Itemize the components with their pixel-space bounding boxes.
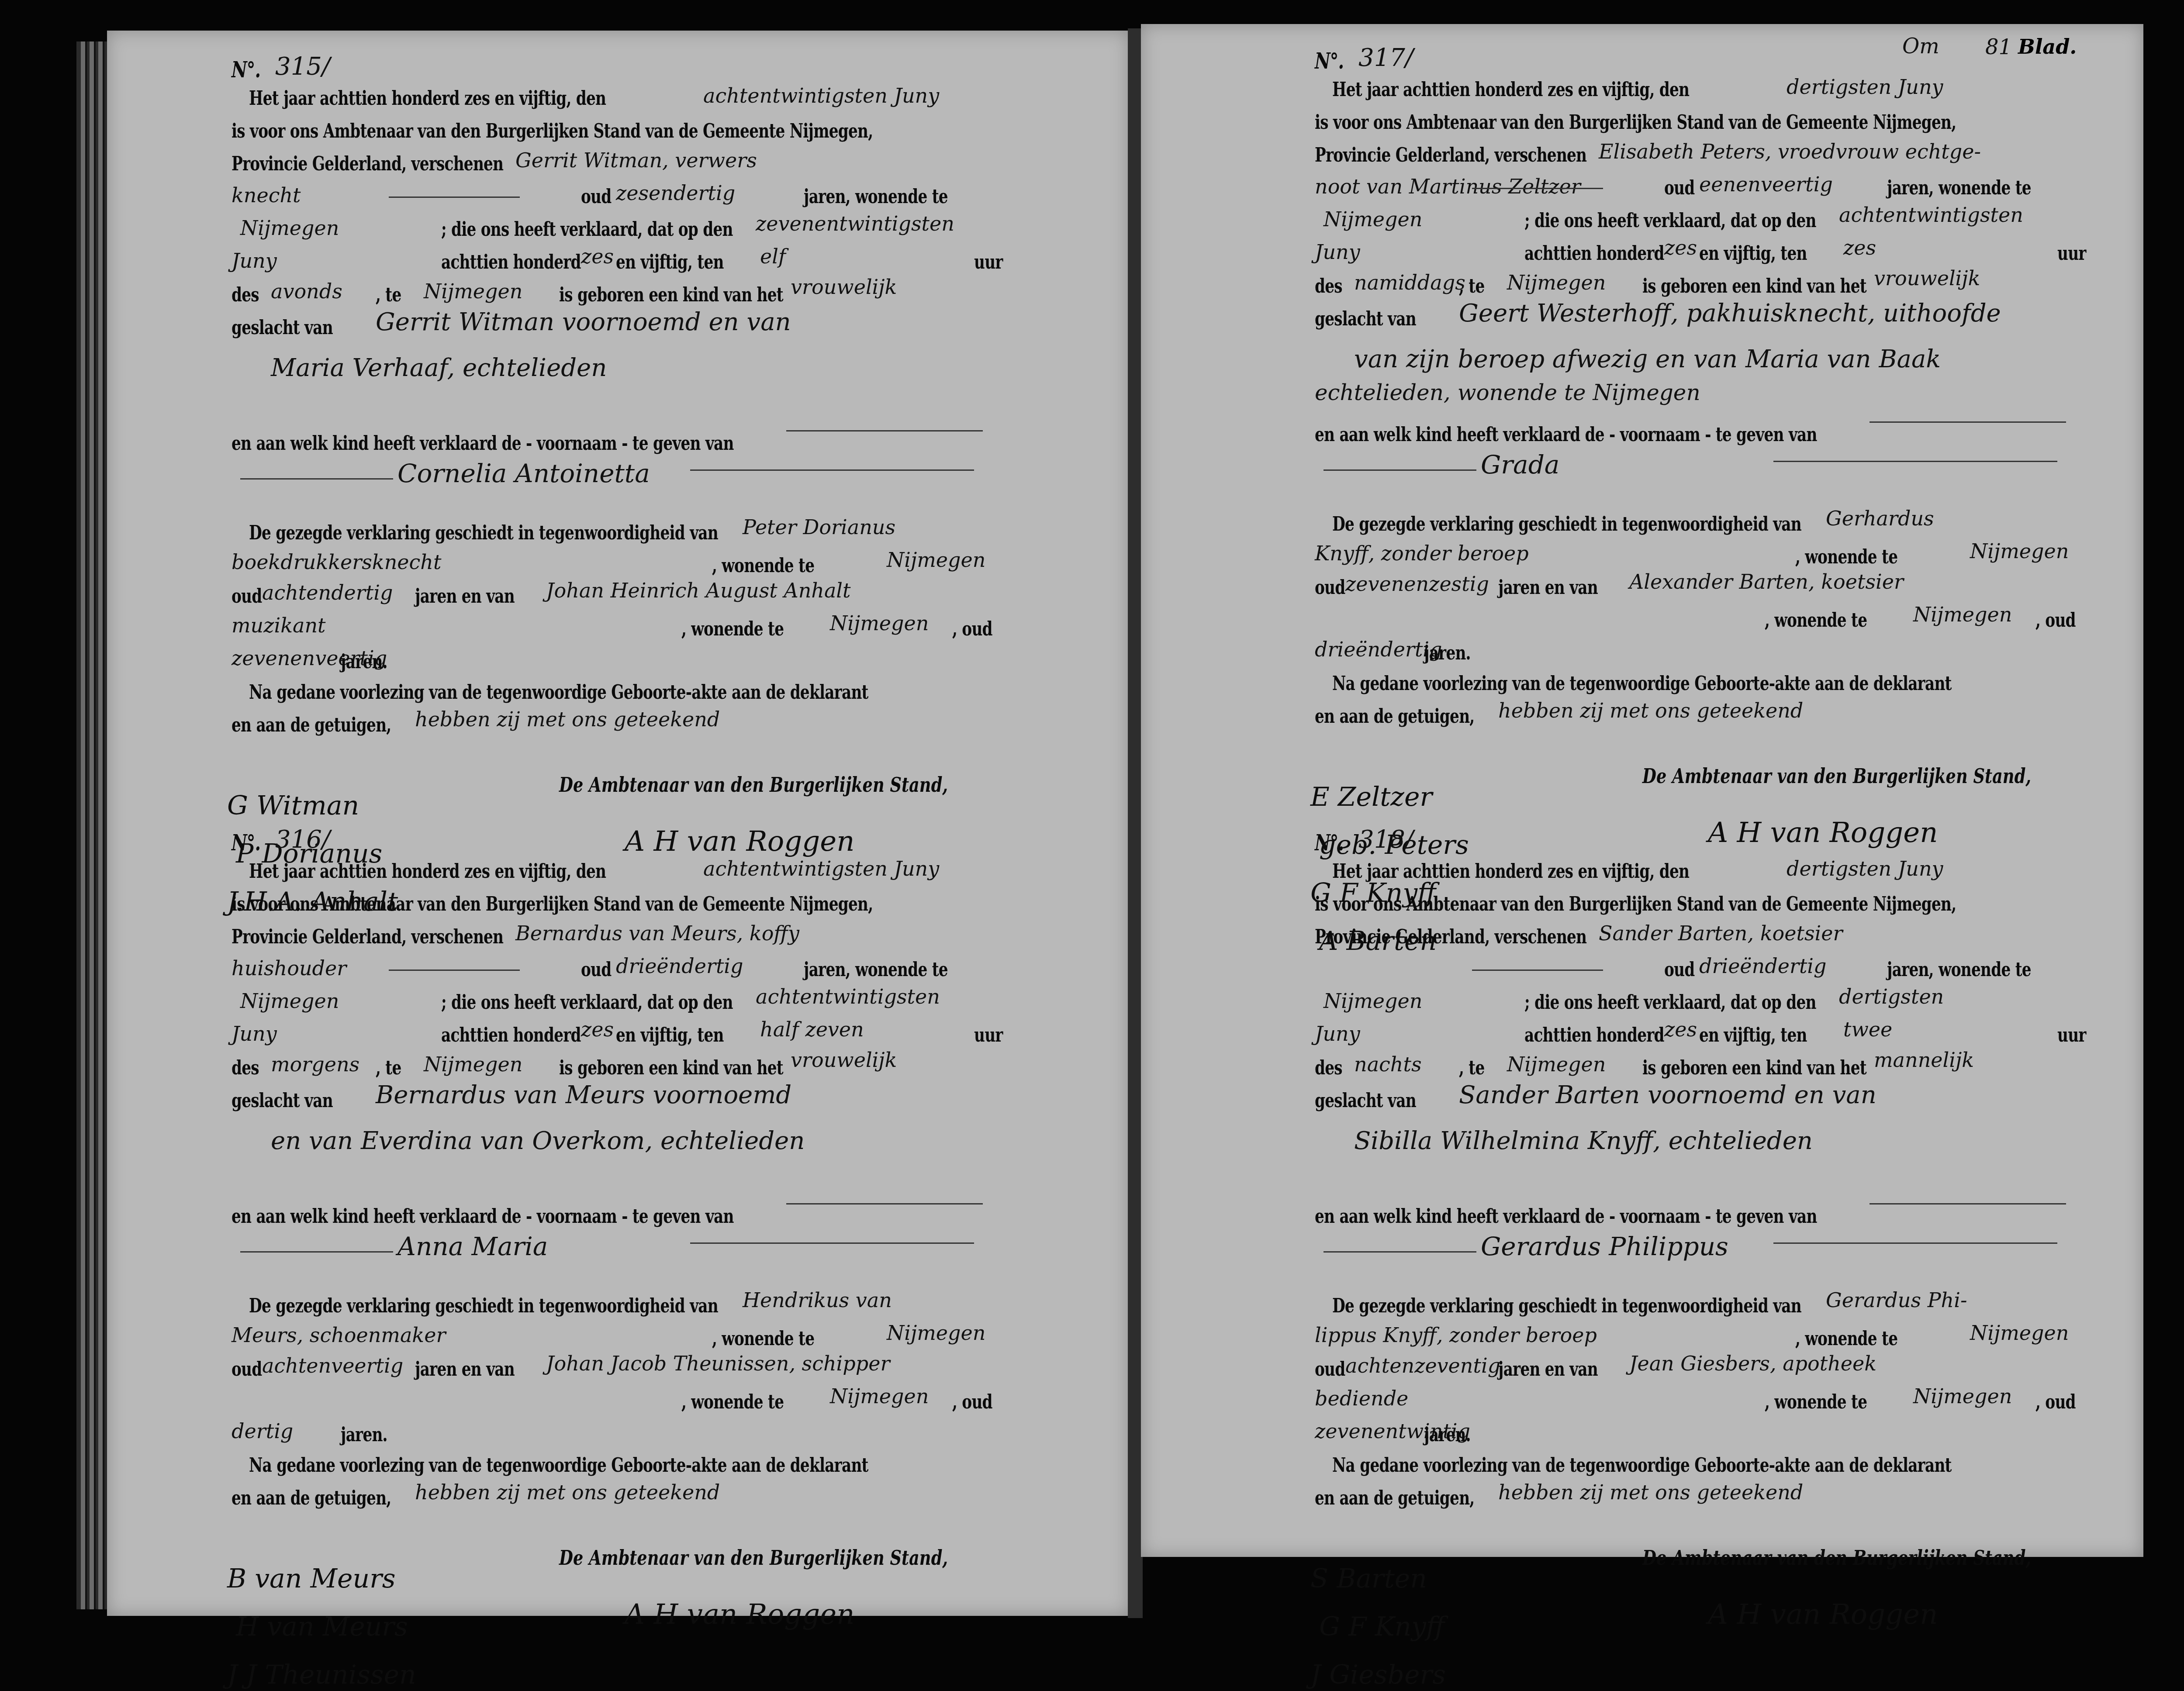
form-line-6c: uur [974,1024,1003,1046]
form-line-2: is voor ons Ambtenaar van den Burgerlijk… [1315,111,1956,134]
form-line-4-oud: oud [581,186,612,208]
form-line-15: Na gedane voorlezing van de tegenwoordig… [249,681,868,704]
parents-line-1: Bernardus van Meurs voornoemd [376,1081,791,1109]
act-number-label: N°. [232,830,260,856]
child-name: Gerardus Philippus [1481,1232,1728,1261]
birth-hour: twee [1843,1018,1892,1041]
form-line-13: , wonende te [681,1391,784,1413]
form-line-5: ; die ons heeft verklaard, dat op den [1524,991,1816,1014]
form-rule [389,197,520,198]
form-line-1: Het jaar achttien honderd zes en vijftig… [249,87,606,110]
birth-date-month: Juny [1315,1022,1360,1046]
form-line-7c: is geboren een kind van het [559,1057,783,1079]
page-header-handwritten: Om [1902,34,1939,59]
birth-place: Nijmegen [1507,271,1606,294]
form-line-3: Provincie Gelderland, verschenen [232,926,503,948]
form-line-6a: achttien honderd [441,1024,581,1046]
witness-2-residence: Nijmegen [1913,603,2012,626]
form-line-13: , wonende te [1765,1391,1867,1413]
form-line-14: jaren. [1424,1424,1471,1446]
declarant: Sander Barten, koetsier [1599,921,1842,945]
witness-2-occupation: muzikant [232,614,326,637]
form-rule [690,469,974,471]
form-line-13-oud: , oud [952,618,992,640]
witness-2-age: dertig [232,1419,293,1443]
form-rule [786,1203,983,1204]
form-line-4-oud: oud [1664,959,1695,981]
act-number: 318/ [1358,825,1413,854]
act-number: 315/ [275,52,330,81]
form-line-15: Na gedane voorlezing van de tegenwoordig… [249,1454,868,1477]
form-line-6a: achttien honderd [1524,1024,1664,1046]
form-rule [1773,461,2057,462]
declarant-occupation: huishouder [232,956,346,980]
form-line-7b: , te [376,1057,401,1079]
child-sex: vrouwelijk [791,1048,897,1072]
form-line-2: is voor ons Ambtenaar van den Burgerlijk… [232,120,873,142]
form-line-4-oud: oud [581,959,612,981]
form-line-12b: jaren en van [415,1358,515,1380]
form-line-9: en aan welk kind heeft verklaard de - vo… [1315,1205,1817,1228]
witness-1-age: zevenenzestig [1345,572,1489,596]
witness-1-age: achtenzeventig [1345,1354,1500,1377]
form-line-6c: uur [2057,1024,2086,1046]
birth-date-month: Juny [232,1022,277,1046]
birth-year-word: zes [1664,236,1697,259]
child-sex: vrouwelijk [791,275,897,299]
birth-hour: half zeven [760,1018,864,1041]
form-line-9: en aan welk kind heeft verklaard de - vo… [232,1205,734,1228]
form-line-9: en aan welk kind heeft verklaard de - vo… [1315,424,1817,446]
birth-year-word: zes [1664,1018,1697,1041]
form-line-4-jaren: jaren, wonende te [1887,959,2031,981]
act-date: dertigsten Juny [1787,857,1943,880]
parents-line-1: Geert Westerhoff, pakhuisknecht, uithoof… [1459,299,2001,328]
birth-date-month: Juny [232,249,277,273]
form-line-13: , wonende te [1765,609,1867,632]
form-rule [1773,1242,2057,1244]
form-line-15: Na gedane voorlezing van de tegenwoordig… [1332,673,1952,695]
witness-1: Gerhardus [1826,507,1934,530]
form-line-7c: is geboren een kind van het [1642,275,1866,297]
residence: Nijmegen [1324,989,1422,1013]
residence: Nijmegen [1324,207,1422,231]
form-line-8: geslacht van [232,317,333,339]
form-line-12b: jaren en van [1498,576,1598,599]
sheet-label: Blad. [2018,35,2077,59]
birth-hour: elf [760,245,786,268]
form-line-13-oud: , oud [2035,1391,2076,1413]
birth-year-word: zes [581,1018,614,1041]
form-line-1: Het jaar achttien honderd zes en vijftig… [249,860,606,883]
form-line-16: en aan de getuigen, [232,714,391,736]
form-line-11: , wonende te [712,1328,814,1350]
form-line-9: en aan welk kind heeft verklaard de - vo… [232,432,734,455]
form-line-13-oud: , oud [2035,609,2076,632]
book-gutter [1128,28,1143,1618]
form-line-13: , wonende te [681,618,784,640]
witness-2: Jean Giesbers, apotheek [1629,1352,1876,1375]
child-sex: vrouwelijk [1874,266,1980,290]
form-line-3: Provincie Gelderland, verschenen [1315,144,1586,166]
witness-1-residence: Nijmegen [887,548,985,572]
declarant: Elisabeth Peters, vroedvrouw echtge- [1599,140,1981,163]
form-rule [1324,469,1476,471]
form-line-7a: des [1315,275,1342,297]
witness-1: Gerardus Phi- [1826,1288,1967,1312]
official-title: De Ambtenaar van den Burgerlijken Stand, [1642,764,2031,788]
form-line-12b: jaren en van [415,585,515,607]
act-date: dertigsten Juny [1787,75,1943,99]
declarant-age: drieëndertig [1699,954,1827,978]
form-line-4-jaren: jaren, wonende te [804,959,948,981]
birth-place: Nijmegen [424,280,522,303]
form-line-12a: oud [232,585,262,607]
witness-1-occupation: Knyff, zonder beroep [1315,542,1529,565]
act-date: achtentwintigsten Juny [703,857,939,880]
child-name: Anna Maria [397,1232,548,1261]
form-line-4-oud: oud [1664,177,1695,199]
parents-line-1: Gerrit Witman voornoemd en van [376,308,791,336]
witness-2: Alexander Barten, koetsier [1629,570,1904,594]
form-line-16: en aan de getuigen, [1315,705,1474,728]
parents-line-2: Maria Verhaaf, echtelieden [271,354,607,382]
form-rule [1472,970,1603,971]
act-number-label: N°. [1315,48,1344,74]
form-line-15: Na gedane voorlezing van de tegenwoordig… [1332,1454,1952,1477]
time-of-day: namiddags [1354,271,1465,294]
form-line-1: Het jaar achttien honderd zes en vijftig… [1332,79,1689,101]
time-of-day: avonds [271,280,342,303]
form-line-6b: en vijftig, ten [1699,242,1807,265]
form-rule [1870,1203,2066,1204]
form-line-3: Provincie Gelderland, verschenen [1315,926,1586,948]
official-title: De Ambtenaar van den Burgerlijken Stand, [559,1546,948,1570]
birth-place: Nijmegen [424,1053,522,1076]
witness-signature: B van Meurs [227,1563,396,1594]
declarant-occupation: noot van Martinus Zeltzer [1315,175,1581,198]
form-line-6c: uur [974,251,1003,273]
form-rule [690,1242,974,1244]
declarant-age: eenenveertig [1699,173,1833,196]
parents-line-2: en van Everdina van Overkom, echtelieden [271,1127,805,1155]
form-line-7a: des [232,1057,259,1079]
official-title: De Ambtenaar van den Burgerlijken Stand, [1642,1546,2031,1570]
closing-note: hebben zij met ons geteekend [1498,1480,1803,1504]
form-line-10: De gezegde verklaring geschiedt in tegen… [249,522,718,544]
birth-place: Nijmegen [1507,1053,1606,1076]
witness-signature: J Giesbers [1310,1660,1446,1690]
official-signature: A H van Roggen [625,825,854,858]
form-line-14: jaren. [1424,642,1471,664]
witness-1-age: achtendertig [262,581,393,604]
form-rule [1472,188,1603,189]
form-rule [1324,1251,1476,1253]
parents-line-1: Sander Barten voornoemd en van [1459,1081,1876,1109]
form-line-4-jaren: jaren, wonende te [1887,177,2031,199]
act-date: achtentwintigsten Juny [703,84,939,107]
birth-date: zevenentwintigsten [756,212,954,235]
witness-signature: E Zeltzer [1310,782,1432,812]
parents-line-2: van zijn beroep afwezig en van Maria van… [1354,345,1941,373]
closing-note: hebben zij met ons geteekend [1498,699,1803,722]
witness-1-occupation: lippus Knyff, zonder beroep [1315,1323,1597,1347]
declarant: Gerrit Witman, verwers [515,148,757,172]
official-signature: A H van Roggen [1708,817,1938,849]
act-number: 317/ [1358,44,1413,72]
official-signature: A H van Roggen [625,1598,854,1631]
form-line-5: ; die ons heeft verklaard, dat op den [441,218,733,241]
form-rule [786,430,983,431]
witness-signature: J J Theunissen [227,1660,416,1690]
witness-signature: G F Knyff [1319,1612,1445,1642]
form-line-11: , wonende te [1795,1328,1897,1350]
form-line-13-oud: , oud [952,1391,992,1413]
form-line-7b: , te [376,284,401,306]
form-line-11: , wonende te [712,555,814,577]
act-number-label: N°. [232,57,260,83]
form-line-16: en aan de getuigen, [232,1487,391,1509]
closing-note: hebben zij met ons geteekend [415,707,720,731]
child-sex: mannelijk [1874,1048,1974,1072]
birth-date: achtentwintigsten [1839,203,2023,227]
witness-2-occupation: bediende [1315,1387,1408,1410]
declarant: Bernardus van Meurs, koffy [515,921,799,945]
form-line-14: jaren. [341,1424,387,1446]
declarant-age: zesendertig [616,181,735,205]
declarant-age: drieëndertig [616,954,743,978]
form-line-8: geslacht van [1315,308,1416,330]
witness-signature: H van Meurs [236,1612,408,1642]
form-line-6b: en vijftig, ten [616,251,724,273]
form-line-2: is voor ons Ambtenaar van den Burgerlijk… [1315,893,1956,915]
parents-line-3: echtelieden, wonende te Nijmegen [1315,380,1700,405]
form-line-6b: en vijftig, ten [616,1024,724,1046]
act-number: 316/ [275,825,330,854]
form-line-5: ; die ons heeft verklaard, dat op den [441,991,733,1014]
sheet-number: 81 [1985,35,2012,59]
form-line-11: , wonende te [1795,546,1897,568]
child-name: Grada [1481,450,1559,480]
form-line-8: geslacht van [1315,1090,1416,1112]
official-signature: A H van Roggen [1708,1598,1938,1631]
official-title: De Ambtenaar van den Burgerlijken Stand, [559,773,948,797]
witness-1-residence: Nijmegen [1970,539,2069,563]
witness-1-residence: Nijmegen [1970,1321,2069,1345]
form-line-2: is voor ons Ambtenaar van den Burgerlijk… [232,893,873,915]
form-rule [240,1251,393,1253]
form-line-14: jaren. [341,651,387,673]
form-line-10: De gezegde verklaring geschiedt in tegen… [1332,1295,1801,1317]
witness-2-residence: Nijmegen [1913,1384,2012,1408]
witness-2-residence: Nijmegen [830,1384,929,1408]
witness-2: Johan Jacob Theunissen, schipper [546,1352,890,1375]
form-line-6a: achttien honderd [441,251,581,273]
form-line-7c: is geboren een kind van het [559,284,783,306]
form-line-4-jaren: jaren, wonende te [804,186,948,208]
witness-1-occupation: boekdrukkersknecht [232,550,441,574]
form-line-6b: en vijftig, ten [1699,1024,1807,1046]
act-number-label: N°. [1315,830,1344,856]
form-line-6c: uur [2057,242,2086,265]
birth-date-month: Juny [1315,240,1360,264]
form-line-5: ; die ons heeft verklaard, dat op den [1524,210,1816,232]
form-rule [389,970,520,971]
residence: Nijmegen [240,216,339,240]
child-name: Cornelia Antoinetta [397,459,650,488]
form-rule [240,478,393,480]
parents-line-2: Sibilla Wilhelmina Knyff, echtelieden [1354,1127,1813,1155]
form-line-3: Provincie Gelderland, verschenen [232,153,503,175]
birth-date: dertigsten [1839,985,1944,1008]
form-line-7b: , te [1459,275,1484,297]
form-rule [1870,421,2066,423]
form-line-10: De gezegde verklaring geschiedt in tegen… [249,1295,718,1317]
form-line-7c: is geboren een kind van het [1642,1057,1866,1079]
closing-note: hebben zij met ons geteekend [415,1480,720,1504]
declarant-occupation: knecht [232,183,301,207]
form-line-10: De gezegde verklaring geschiedt in tegen… [1332,513,1801,535]
witness-1-residence: Nijmegen [887,1321,985,1345]
form-line-1: Het jaar achttien honderd zes en vijftig… [1332,860,1689,883]
form-line-16: en aan de getuigen, [1315,1487,1474,1509]
witness-signature: S Barten [1310,1563,1427,1594]
form-line-12a: oud [1315,1358,1345,1380]
form-line-7a: des [232,284,259,306]
time-of-day: nachts [1354,1053,1422,1076]
form-line-12a: oud [232,1358,262,1380]
form-line-6a: achttien honderd [1524,242,1664,265]
witness-signature: G Witman [227,790,359,821]
residence: Nijmegen [240,989,339,1013]
form-line-7b: , te [1459,1057,1484,1079]
form-line-12a: oud [1315,576,1345,599]
birth-hour: zes [1843,236,1876,259]
form-line-7a: des [1315,1057,1342,1079]
time-of-day: morgens [271,1053,359,1076]
witness-1: Peter Dorianus [743,515,895,539]
witness-2: Johan Heinrich August Anhalt [546,579,851,602]
witness-1: Hendrikus van [743,1288,892,1312]
witness-2-age: drieëndertig [1315,638,1442,661]
form-line-8: geslacht van [232,1090,333,1112]
birth-year-word: zes [581,245,614,268]
witness-1-occupation: Meurs, schoenmaker [232,1323,446,1347]
witness-2-residence: Nijmegen [830,611,929,635]
witness-1-age: achtenveertig [262,1354,403,1377]
birth-date: achtentwintigsten [756,985,940,1008]
form-line-12b: jaren en van [1498,1358,1598,1380]
